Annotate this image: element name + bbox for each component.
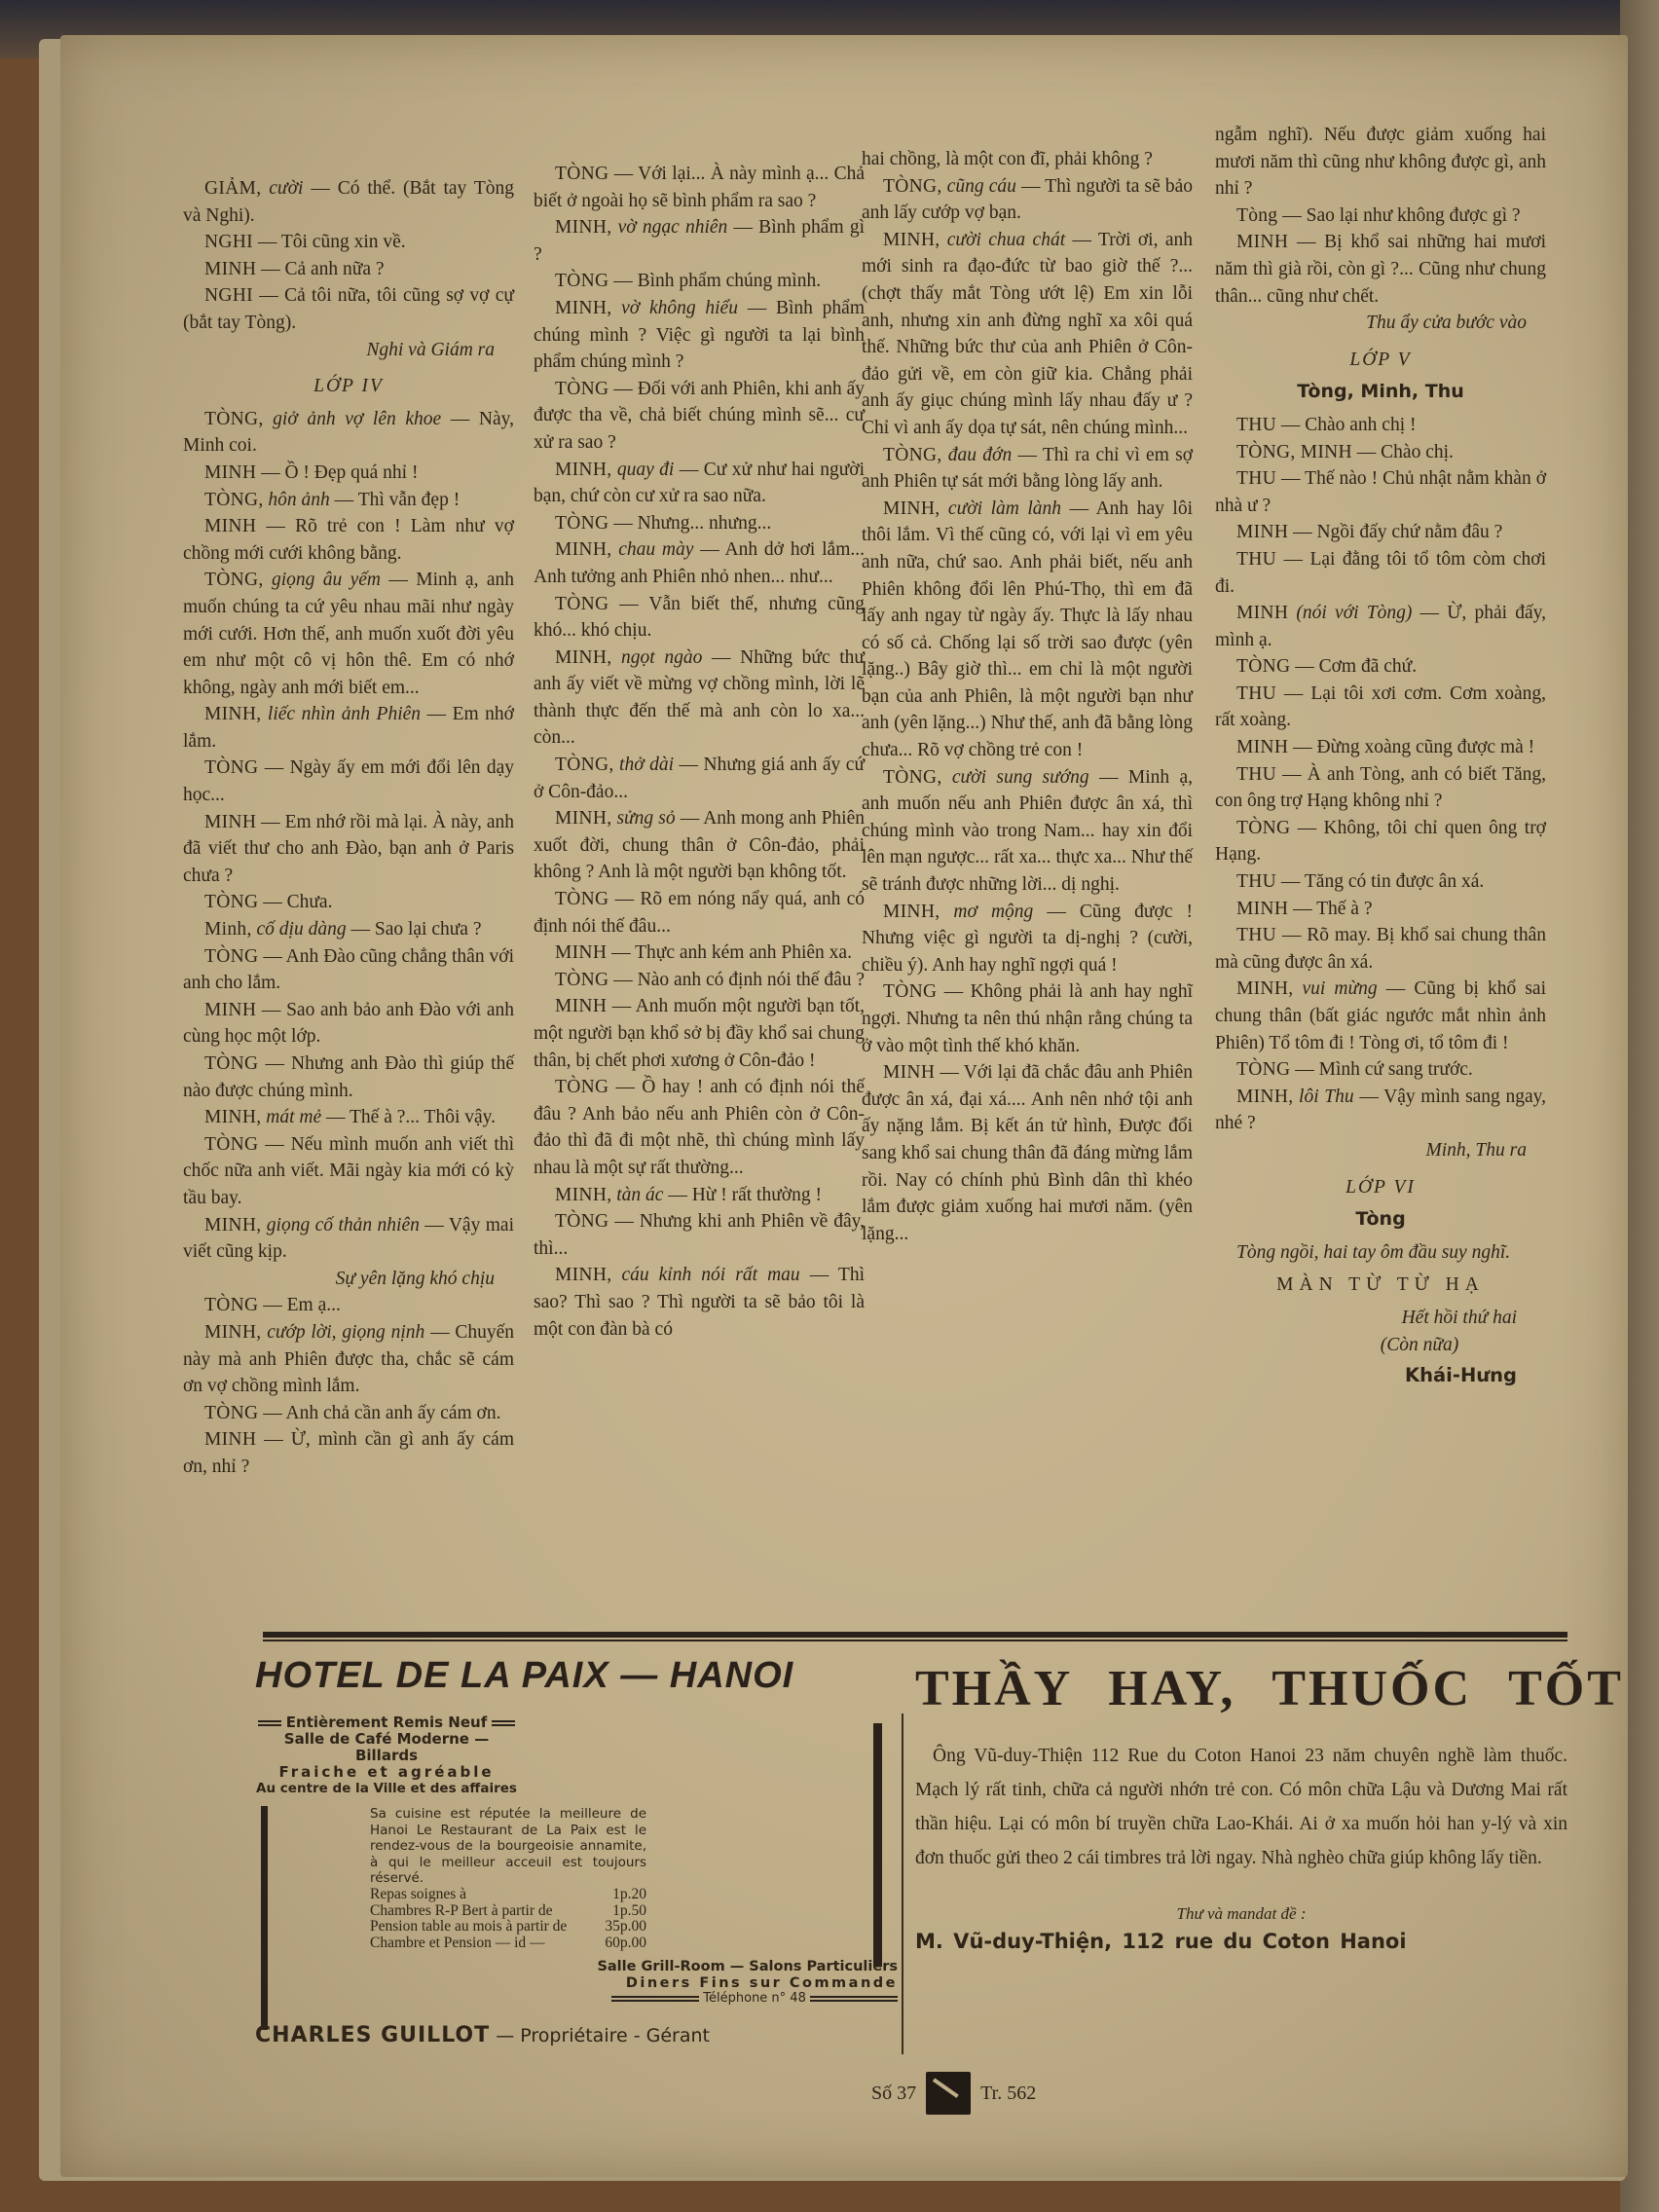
dialogue-line: TÒNG — Cơm đã chứ. <box>1215 653 1546 681</box>
speaker-name: MINH <box>555 942 607 963</box>
dialogue-line: TÒNG — Em ạ... <box>183 1292 514 1319</box>
dialogue-line: TÒNG — Đối với anh Phiên, khi anh ấy đượ… <box>534 376 865 457</box>
stage-direction: đau đớn <box>948 445 1012 465</box>
hotel-owner: CHARLES GUILLOT — Propriétaire - Gérant <box>255 2023 898 2047</box>
dialogue-line: MINH, quay đi — Cư xử như hai người bạn,… <box>534 457 865 510</box>
dialogue-line: MINH (nói với Tòng) — Ừ, phải đấy, mình … <box>1215 600 1546 653</box>
dialogue-text: — Nhưng... nhưng... <box>613 513 771 534</box>
scene-cast: Tòng, Minh, Thu <box>1215 379 1546 406</box>
dialogue-text: ngẫm nghĩ). Nếu được giảm xuống hai mươi… <box>1215 125 1546 199</box>
speaker-name: THU <box>1236 415 1276 435</box>
speaker-name: TÒNG <box>204 757 258 778</box>
speaker-name: TÒNG <box>1236 1059 1290 1080</box>
speaker-name: TÒNG <box>204 892 258 912</box>
speaker-name: MINH <box>883 1062 935 1083</box>
text-column-2: TÒNG — Với lại... À này mình ạ... Chả bi… <box>534 161 865 1343</box>
speaker-name: MINH <box>204 516 256 536</box>
dialogue-text: — Chào anh chị ! <box>1281 415 1417 435</box>
dialogue-line: TÒNG, giở ảnh vợ lên khoe — Này, Minh co… <box>183 406 514 460</box>
dialogue-line: MINH, cướp lời, giọng nịnh — Chuyến này … <box>183 1319 514 1400</box>
speaker-name: TÒNG, <box>883 767 942 788</box>
dialogue-text: — Thế à ? <box>1293 899 1372 919</box>
speaker-name: MINH, <box>1236 1087 1293 1107</box>
dialogue-text: — Em ạ... <box>263 1295 341 1315</box>
dialogue-line: TÒNG, thở dài — Nhưng giá anh ấy cứ ở Cô… <box>534 752 865 805</box>
dialogue-line: TÒNG, MINH — Chào chị. <box>1215 439 1546 466</box>
speaker-name: MINH, <box>204 704 261 724</box>
speaker-name: MINH, <box>555 1185 611 1205</box>
speaker-name: MINH <box>1236 522 1288 542</box>
dialogue-line: TÒNG — Vẫn biết thế, nhưng cũng khó... k… <box>534 591 865 645</box>
dialogue-line: THU — Chào anh chị ! <box>1215 412 1546 439</box>
hotel-title: HOTEL DE LA PAIX — HANOI <box>255 1655 898 1697</box>
speaker-name: MINH, <box>204 1107 261 1127</box>
dialogue-line: MINH — Sao anh bảo anh Đào với anh cùng … <box>183 997 514 1051</box>
dialogue-line: Tòng — Sao lại như không được gì ? <box>1215 203 1546 230</box>
dialogue-text: — Anh chả cần anh ấy cám ơn. <box>263 1403 500 1423</box>
speaker-name: Tòng <box>1236 205 1277 226</box>
speaker-name: THU <box>1236 549 1276 570</box>
dialogue-line: TÒNG — Nhưng anh Đào thì giúp thế nào đư… <box>183 1051 514 1104</box>
speaker-name: TÒNG, MINH <box>1236 442 1352 462</box>
stage-direction: (nói với Tòng) <box>1296 603 1412 623</box>
hotel-left-bar <box>261 1806 268 2030</box>
dialogue-text: — Cơm đã chứ. <box>1295 656 1417 677</box>
dialogue-text: hai chồng, là một con đĩ, phải không ? <box>862 149 1153 169</box>
dialogue-line: MINH, cười làm lành — Anh hay lôi thôi l… <box>862 496 1193 764</box>
stage-direction: giọng âu yếm <box>272 570 381 590</box>
speaker-name: TÒNG <box>555 1077 608 1097</box>
dialogue-line: TÒNG, đau đớn — Thì ra chỉ vì em sợ anh … <box>862 442 1193 496</box>
dialogue-line: GIẢM, cười — Có thể. (Bắt tay Tòng và Ng… <box>183 175 514 229</box>
speaker-name: TÒNG <box>555 379 608 399</box>
speaker-name: THU <box>1236 683 1276 704</box>
speaker-name: MINH <box>1236 899 1288 919</box>
dialogue-line: MINH, vờ không hiểu — Bình phẩm chúng mì… <box>534 295 865 376</box>
dialogue-line: MINH — Ngồi đấy chứ nằm đâu ? <box>1215 519 1546 546</box>
speaker-name: TÒNG, <box>204 409 264 429</box>
speaker-name: TÒNG <box>204 1295 258 1315</box>
speaker-name: MINH <box>1236 603 1288 623</box>
speaker-name: NGHI <box>204 232 253 252</box>
dialogue-line: MINH — Thế à ? <box>1215 896 1546 923</box>
speaker-name: MINH <box>1236 232 1288 252</box>
dialogue-line: TÒNG, cười sung sướng — Minh ạ, anh muốn… <box>862 764 1193 899</box>
scene-cast: Tòng <box>1215 1206 1546 1234</box>
dialogue-text: — Tôi cũng xin về. <box>258 232 406 252</box>
speaker-name: TÒNG <box>555 513 608 534</box>
page-footer: Số 37 Tr. 562 <box>871 2072 1036 2115</box>
dialogue-line: TÒNG — Anh chả cần anh ấy cám ơn. <box>183 1400 514 1427</box>
scene-heading: LỚP VI <box>1215 1174 1546 1201</box>
dialogue-line: TÒNG — Nếu mình muốn anh viết thì chốc n… <box>183 1131 514 1212</box>
dialogue-line: TÒNG — Nào anh có định nói thế đâu ? <box>534 967 865 994</box>
speaker-name: NGHI <box>204 285 253 306</box>
dialogue-text: — Ngồi đấy chứ nằm đâu ? <box>1293 522 1502 542</box>
stage-direction: vờ không hiểu <box>621 298 738 318</box>
dialogue-line: MINH, mát mẻ — Thế à ?... Thôi vậy. <box>183 1104 514 1131</box>
dialogue-line: TÒNG — Ngày ấy em mới đổi lên dạy học... <box>183 755 514 808</box>
speaker-name: MINH, <box>204 1215 261 1235</box>
dialogue-line: MINH, lôi Thu — Vậy mình sang ngay, nhé … <box>1215 1084 1546 1137</box>
stage-direction: cướp lời, giọng nịnh <box>267 1322 424 1343</box>
dialogue-line: TÒNG — Không, tôi chỉ quen ông trợ Hạng. <box>1215 815 1546 868</box>
speaker-name: MINH, <box>555 808 611 829</box>
section-rule-thin <box>263 1640 1567 1641</box>
price-row: Pension table au mois à partir de35p.00 <box>370 1919 646 1935</box>
dialogue-text: — Thực anh kém anh Phiên xa. <box>611 942 852 963</box>
dialogue-text: — Thì vẫn đẹp ! <box>335 490 461 510</box>
dialogue-text: — Với lại đã chắc đâu anh Phiên được ân … <box>862 1062 1193 1244</box>
dialogue-line: TÒNG — Chưa. <box>183 889 514 916</box>
section-rule <box>263 1632 1567 1638</box>
speaker-name: TÒNG <box>204 1134 258 1155</box>
speaker-name: Minh, <box>204 919 252 940</box>
dialogue-line: MINH, cáu kỉnh nói rất mau — Thì sao? Th… <box>534 1262 865 1343</box>
dialogue-text: — Trời ơi, anh mới sinh ra đạo-đức từ ba… <box>862 230 1193 438</box>
hotel-description: Sa cuisine est réputée la meilleure de H… <box>370 1806 646 1887</box>
dialogue-line: THU — Thế nào ! Chủ nhật nằm khàn ở nhà … <box>1215 465 1546 519</box>
text-column-4: ngẫm nghĩ). Nếu được giảm xuống hai mươi… <box>1215 122 1546 1389</box>
stage-note: Hết hồi thứ hai <box>1215 1305 1546 1332</box>
dialogue-line: MINH — Đừng xoàng cũng được mà ! <box>1215 734 1546 761</box>
stage-direction: quay đi <box>617 460 675 480</box>
price-row: Chambres R-P Bert à partir de1p.50 <box>370 1903 646 1920</box>
ad-separator <box>902 1714 903 2054</box>
stage-direction: thở dài <box>619 755 674 775</box>
stage-direction: cáu kỉnh nói rất mau <box>621 1265 799 1285</box>
speaker-name: MINH, <box>555 298 611 318</box>
medicine-address: M. Vũ-duy-Thiện, 112 rue du Coton Hanoi <box>915 1930 1567 1953</box>
dialogue-line: THU — Tăng có tin được ân xá. <box>1215 868 1546 896</box>
dialogue-line: MINH, ngọt ngào — Những bức thư anh ấy v… <box>534 645 865 752</box>
dialogue-line: THU — À anh Tòng, anh có biết Tăng, con … <box>1215 761 1546 815</box>
dialogue-text: — Sao lại như không được gì ? <box>1282 205 1520 226</box>
dialogue-line: TÒNG — Mình cứ sang trước. <box>1215 1056 1546 1084</box>
speaker-name: MINH, <box>555 647 611 668</box>
speaker-name: MINH <box>204 812 256 832</box>
speaker-name: TÒNG, <box>555 755 614 775</box>
text-column-3: hai chồng, là một con đĩ, phải không ?TÒ… <box>862 146 1193 1247</box>
speaker-name: MINH <box>204 1000 256 1020</box>
speaker-name: MINH <box>555 996 607 1016</box>
stage-note: Nghi và Giám ra <box>183 337 514 364</box>
speaker-name: TÒNG <box>555 970 608 990</box>
dialogue-line: TÒNG — Bình phẩm chúng mình. <box>534 268 865 295</box>
dialogue-line: MINH, cười chua chát — Trời ơi, anh mới … <box>862 227 1193 442</box>
dialogue-line: THU — Lại đằng tôi tổ tôm còm chơi đi. <box>1215 546 1546 600</box>
dialogue-line: MINH — Em nhớ rồi mà lại. À này, anh đã … <box>183 809 514 890</box>
dialogue-line: MINH, mơ mộng — Cũng được ! Nhưng việc g… <box>862 899 1193 979</box>
speaker-name: MINH, <box>1236 978 1293 999</box>
price-row: Chambre et Pension — id —60p.00 <box>370 1935 646 1952</box>
dialogue-text: — Hừ ! rất thường ! <box>668 1185 822 1205</box>
stage-direction: vui mừng <box>1302 978 1377 999</box>
dialogue-line: MINH — Cả anh nữa ? <box>183 256 514 283</box>
dialogue-text: — Tăng có tin được ân xá. <box>1281 871 1484 892</box>
speaker-name: TÒNG <box>1236 656 1290 677</box>
dialogue-line: THU — Rõ may. Bị khổ sai chung thân mà c… <box>1215 922 1546 976</box>
dialogue-line: THU — Lại tôi xơi cơm. Cơm xoàng, rất xo… <box>1215 681 1546 734</box>
hotel-tagline: Entièrement Remis Neuf Salle de Café Mod… <box>255 1714 518 1797</box>
dialogue-line: NGHI — Cả tôi nữa, tôi cũng sợ vợ cự (bắ… <box>183 282 514 336</box>
speaker-name: GIẢM, <box>204 178 261 199</box>
speaker-name: MINH, <box>883 498 940 519</box>
speaker-name: TÒNG <box>555 1211 608 1232</box>
dialogue-line: NGHI — Tôi cũng xin về. <box>183 229 514 256</box>
stage-direction: hôn ảnh <box>268 490 329 510</box>
speaker-name: TÒNG <box>555 164 608 184</box>
stage-direction: cười chua chát <box>947 230 1065 250</box>
medicine-title: THẦY HAY, THUỐC TỐT <box>915 1660 1567 1717</box>
text-column-1: GIẢM, cười — Có thể. (Bắt tay Tòng và Ng… <box>183 175 514 1481</box>
page-number: Tr. 562 <box>980 2083 1036 2105</box>
medicine-advertisement: THẦY HAY, THUỐC TỐT Ông Vũ-duy-Thiện 112… <box>915 1660 1567 2059</box>
dialogue-line: MINH, sửng sỏ — Anh mong anh Phiên xuốt … <box>534 805 865 886</box>
dialogue-line: MINH — Thực anh kém anh Phiên xa. <box>534 940 865 967</box>
stage-direction: ngọt ngào <box>621 647 702 668</box>
dialogue-line: TÒNG — Với lại... À này mình ạ... Chả bi… <box>534 161 865 214</box>
dialogue-line: TÒNG, hôn ảnh — Thì vẫn đẹp ! <box>183 487 514 514</box>
scene-heading: LỚP V <box>1215 347 1546 374</box>
dialogue-line: MINH, vui mừng — Cũng bị khổ sai chung t… <box>1215 976 1546 1056</box>
dialogue-line: Minh, cố dịu dàng — Sao lại chưa ? <box>183 916 514 943</box>
stage-note: Thu ẩy cửa bước vào <box>1215 310 1546 337</box>
hotel-right-bar <box>873 1723 882 1967</box>
dialogue-line: MINH — Rõ trẻ con ! Làm như vợ chồng mới… <box>183 513 514 567</box>
dialogue-text: — Sao lại chưa ? <box>350 919 481 940</box>
dialogue-text: — Cả anh nữa ? <box>261 259 384 279</box>
dialogue-line: hai chồng, là một con đĩ, phải không ? <box>862 146 1193 173</box>
dialogue-line: MINH — Bị khổ sai những hai mươi năm thì… <box>1215 229 1546 310</box>
dialogue-line: MINH, giọng cố thản nhiên — Vậy mai viết… <box>183 1212 514 1266</box>
dialogue-line: MINH — Ừ, mình cần gì anh ấy cám ơn, nhỉ… <box>183 1426 514 1480</box>
speaker-name: MINH <box>204 259 256 279</box>
dialogue-line: MINH, vờ ngạc nhiên — Bình phẩm gì ? <box>534 214 865 268</box>
stage-direction: mát mẻ <box>266 1107 321 1127</box>
stage-direction: chau mày <box>618 539 693 560</box>
stage-direction: vờ ngạc nhiên <box>618 217 728 238</box>
dialogue-text: Tòng ngồi, hai tay ôm đầu suy nghĩ. <box>1236 1242 1510 1263</box>
hotel-advertisement: HOTEL DE LA PAIX — HANOI Entièrement Rem… <box>255 1655 898 2064</box>
speaker-name: MINH, <box>555 460 611 480</box>
dialogue-text: — Chào chị. <box>1357 442 1454 462</box>
dialogue-text: — Chưa. <box>263 892 332 912</box>
speaker-name: TÒNG <box>204 1053 258 1074</box>
speaker-name: TÒNG <box>555 889 608 909</box>
medicine-mandat-label: Thư và mandat đề : <box>915 1904 1567 1924</box>
speaker-name: TÒNG <box>883 981 937 1002</box>
stage-note: Sự yên lặng khó chịu <box>183 1266 514 1293</box>
publication-logo-icon <box>926 2072 971 2115</box>
dialogue-line: MINH, chau mày — Anh dở hơi lắm... Anh t… <box>534 536 865 590</box>
speaker-name: TÒNG, <box>883 176 942 197</box>
stage-direction: liếc nhìn ảnh Phiên <box>268 704 421 724</box>
stage-direction: tàn ác <box>616 1185 663 1205</box>
price-row: Repas soignes à1p.20 <box>370 1887 646 1903</box>
stage-note: Minh, Thu ra <box>1215 1137 1546 1164</box>
stage-direction: cười làm lành <box>948 498 1061 519</box>
stage-direction: lôi Thu <box>1299 1087 1354 1107</box>
speaker-name: TÒNG <box>204 946 258 967</box>
dialogue-text: — Nào anh có định nói thế đâu ? <box>613 970 865 990</box>
speaker-name: MINH, <box>883 902 940 922</box>
stage-direction: mơ mộng <box>953 902 1033 922</box>
dialogue-line: TÒNG — Nhưng... nhưng... <box>534 510 865 537</box>
medicine-body: Ông Vũ-duy-Thiện 112 Rue du Coton Hanoi … <box>915 1739 1567 1875</box>
speaker-name: MINH, <box>204 1322 261 1343</box>
speaker-name: MINH <box>204 462 256 483</box>
dialogue-line: MINH, tàn ác — Hừ ! rất thường ! <box>534 1182 865 1209</box>
dialogue-text: — Mình cứ sang trước. <box>1295 1059 1473 1080</box>
dialogue-line: TÒNG — Anh Đào cũng chẳng thân với anh c… <box>183 943 514 997</box>
speaker-name: TÒNG <box>204 1403 258 1423</box>
hotel-telephone: Téléphone n° 48 <box>547 1991 898 2008</box>
scene-heading: LỚP IV <box>183 373 514 400</box>
stage-direction: giở ảnh vợ lên khoe <box>273 409 441 429</box>
dialogue-text: — Anh hay lôi thôi lắm. Vì thế cũng có, … <box>862 498 1193 760</box>
dialogue-line: MINH, liếc nhìn ảnh Phiên — Em nhớ lắm. <box>183 701 514 755</box>
dialogue-line: TÒNG — Không phải là anh hay nghĩ ngợi. … <box>862 978 1193 1059</box>
dialogue-line: Tòng ngồi, hai tay ôm đầu suy nghĩ. <box>1215 1239 1546 1267</box>
stage-direction: cười sung sướng <box>952 767 1089 788</box>
stage-direction: giọng cố thản nhiên <box>267 1215 420 1235</box>
speaker-name: MINH, <box>555 539 611 560</box>
dialogue-line: MINH — Với lại đã chắc đâu anh Phiên đượ… <box>862 1059 1193 1247</box>
speaker-name: TÒNG <box>555 594 608 614</box>
speaker-name: MINH, <box>883 230 940 250</box>
dialogue-line: MINH — Anh muốn một người bạn tốt, một n… <box>534 993 865 1074</box>
dialogue-line: TÒNG — Ồ hay ! anh có định nói thế đâu ?… <box>534 1074 865 1181</box>
hotel-services: Salle Grill-Room — Salons Particuliers D… <box>547 1959 898 2008</box>
stage-direction: cố dịu dàng <box>257 919 347 940</box>
stage-direction: sửng sỏ <box>616 808 675 829</box>
speaker-name: THU <box>1236 925 1276 945</box>
issue-number: Số 37 <box>871 2083 916 2105</box>
stage-direction: cười <box>269 178 303 199</box>
dialogue-text: — Ồ ! Đẹp quá nhỉ ! <box>261 462 418 483</box>
speaker-name: MINH <box>1236 737 1288 757</box>
dialogue-line: TÒNG — Rõ em nóng nẩy quá, anh có định n… <box>534 886 865 940</box>
dialogue-line: TÒNG, cũng cáu — Thì người ta sẽ bảo anh… <box>862 173 1193 227</box>
dialogue-text: — Bình phẩm chúng mình. <box>613 271 821 291</box>
dialogue-line: TÒNG — Nhưng khi anh Phiên về đây, thì..… <box>534 1208 865 1262</box>
speaker-name: MINH, <box>555 1265 611 1285</box>
speaker-name: TÒNG <box>1236 818 1290 838</box>
speaker-name: TÒNG <box>555 271 608 291</box>
hotel-price-table: Repas soignes à1p.20 Chambres R-P Bert à… <box>370 1887 646 1951</box>
stage-note: (Còn nữa) <box>1215 1332 1546 1359</box>
stage-note: MÀN TỪ TỪ HẠ <box>1215 1272 1546 1299</box>
stage-direction: cũng cáu <box>947 176 1016 197</box>
speaker-name: TÒNG, <box>204 570 264 590</box>
speaker-name: MINH <box>204 1429 256 1450</box>
speaker-name: THU <box>1236 468 1276 489</box>
dialogue-line: ngẫm nghĩ). Nếu được giảm xuống hai mươi… <box>1215 122 1546 203</box>
dialogue-text: — Đừng xoàng cũng được mà ! <box>1293 737 1534 757</box>
dialogue-line: TÒNG, giọng âu yếm — Minh ạ, anh muốn ch… <box>183 567 514 701</box>
speaker-name: TÒNG, <box>883 445 942 465</box>
speaker-name: THU <box>1236 871 1276 892</box>
dialogue-line: MINH — Ồ ! Đẹp quá nhỉ ! <box>183 460 514 487</box>
dialogue-text: — Thế à ?... Thôi vậy. <box>326 1107 496 1127</box>
speaker-name: MINH, <box>555 217 611 238</box>
speaker-name: TÒNG, <box>204 490 264 510</box>
author-name: Khái-Hưng <box>1215 1362 1546 1389</box>
speaker-name: THU <box>1236 764 1276 785</box>
